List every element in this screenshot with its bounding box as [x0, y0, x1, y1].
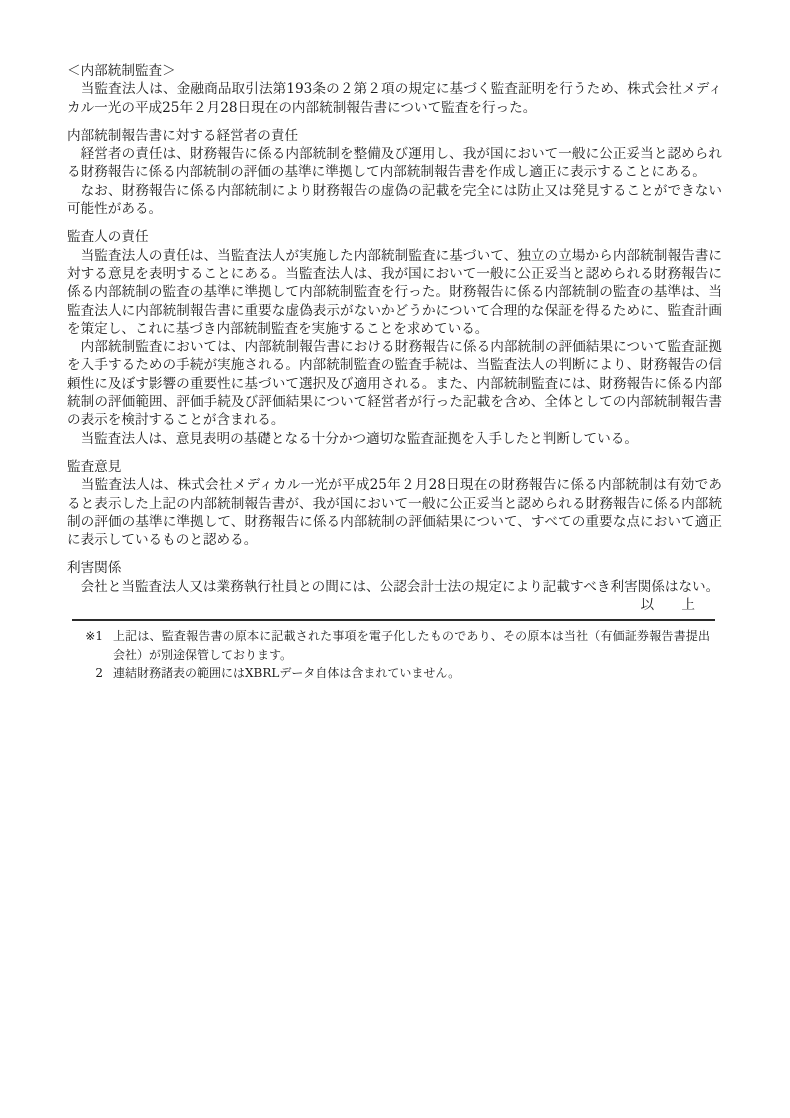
footnote-text: 連結財務諸表の範囲にはXBRLデータ自体は含まれていません。	[113, 664, 710, 682]
section-title: 監査人の責任	[67, 228, 722, 246]
section: 内部統制報告書に対する経営者の責任 経営者の責任は、財務報告に係る内部統制を整備…	[67, 127, 722, 218]
section-title: 利害関係	[67, 559, 722, 577]
footnote-marker: 2	[82, 664, 103, 682]
footnote: ※1上記は、監査報告書の原本に記載された事項を電子化したものであり、その原本は当…	[82, 627, 722, 664]
document-body: ＜内部統制監査＞ 当監査法人は、金融商品取引法第193条の２第２項の規定に基づく…	[67, 62, 722, 596]
footnote-marker: ※1	[82, 627, 103, 645]
section: 監査人の責任 当監査法人の責任は、当監査法人が実施した内部統制監査に基づいて、独…	[67, 228, 722, 448]
paragraph: 当監査法人の責任は、当監査法人が実施した内部統制監査に基づいて、独立の立場から内…	[67, 247, 722, 338]
paragraph: 経営者の責任は、財務報告に係る内部統制を整備及び運用し、我が国において一般に公正…	[67, 145, 722, 182]
section: 監査意見 当監査法人は、株式会社メディカル一光が平成25年２月28日現在の財務報…	[67, 458, 722, 549]
paragraph: 会社と当監査法人又は業務執行社員との間には、公認会計士法の規定により記載すべき利…	[67, 578, 722, 596]
paragraph: 内部統制監査においては、内部統制報告書における財務報告に係る内部統制の評価結果に…	[67, 338, 722, 429]
divider-rule	[72, 619, 715, 621]
section-title: 内部統制報告書に対する経営者の責任	[67, 127, 722, 145]
section: ＜内部統制監査＞ 当監査法人は、金融商品取引法第193条の２第２項の規定に基づく…	[67, 62, 722, 117]
footnote: 2連結財務諸表の範囲にはXBRLデータ自体は含まれていません。	[82, 664, 722, 682]
paragraph: なお、財務報告に係る内部統制により財務報告の虚偽の記載を完全には防止又は発見する…	[67, 182, 722, 219]
closing-mark: 以 上	[67, 596, 722, 614]
section: 利害関係 会社と当監査法人又は業務執行社員との間には、公認会計士法の規定により記…	[67, 559, 722, 596]
footnotes: ※1上記は、監査報告書の原本に記載された事項を電子化したものであり、その原本は当…	[82, 627, 722, 682]
paragraph: 当監査法人は、金融商品取引法第193条の２第２項の規定に基づく監査証明を行うため…	[67, 80, 722, 117]
paragraph: 当監査法人は、意見表明の基礎となる十分かつ適切な監査証拠を入手したと判断している…	[67, 430, 722, 448]
paragraph: 当監査法人は、株式会社メディカル一光が平成25年２月28日現在の財務報告に係る内…	[67, 476, 722, 549]
footnote-text: 上記は、監査報告書の原本に記載された事項を電子化したものであり、その原本は当社（…	[113, 627, 710, 664]
section-title: ＜内部統制監査＞	[67, 62, 722, 80]
audit-report-page: ＜内部統制監査＞ 当監査法人は、金融商品取引法第193条の２第２項の規定に基づく…	[0, 0, 790, 1118]
section-title: 監査意見	[67, 458, 722, 476]
